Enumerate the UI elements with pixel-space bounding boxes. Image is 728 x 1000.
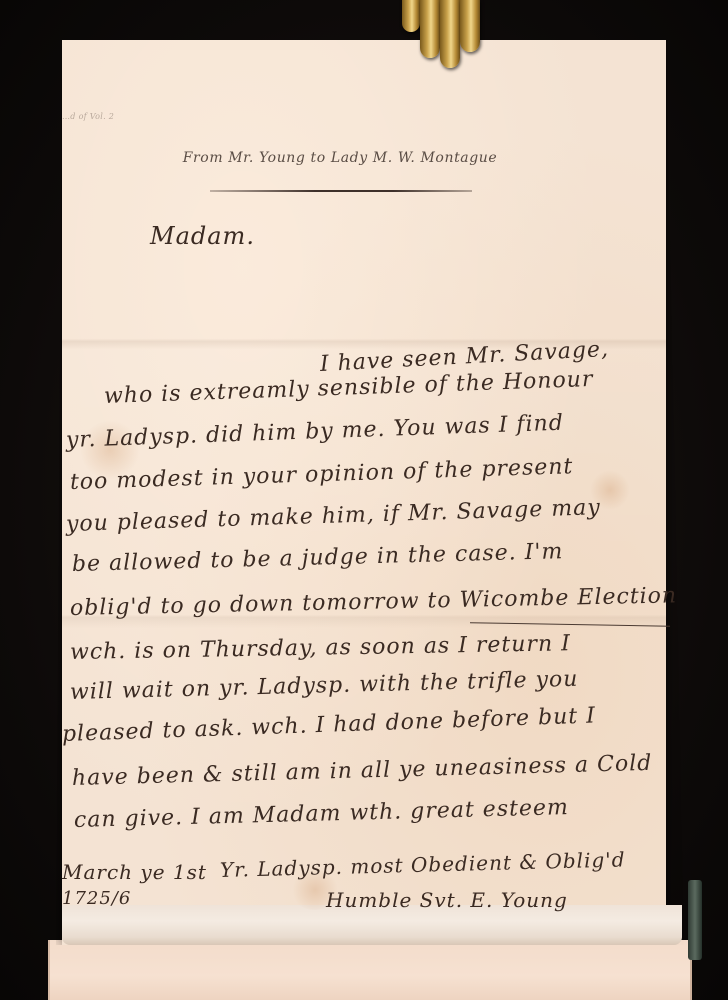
salutation: Madam.: [150, 222, 255, 250]
clip-finger: [420, 0, 440, 58]
clip-finger: [402, 0, 420, 32]
gold-hand-clip: [398, 0, 488, 70]
year-line: 1725/6: [62, 888, 131, 909]
clip-finger: [440, 0, 460, 68]
volume-note: …d of Vol. 2: [62, 112, 114, 121]
date-line: March ye 1st: [62, 860, 207, 884]
heading-rule: [210, 190, 472, 192]
signature: Humble Svt. E. Young: [326, 888, 568, 912]
letter-heading: From Mr. Young to Lady M. W. Montague: [150, 150, 530, 166]
binding-edge: [688, 880, 702, 960]
lower-page-edges: [48, 940, 692, 1000]
clip-finger: [460, 0, 480, 52]
